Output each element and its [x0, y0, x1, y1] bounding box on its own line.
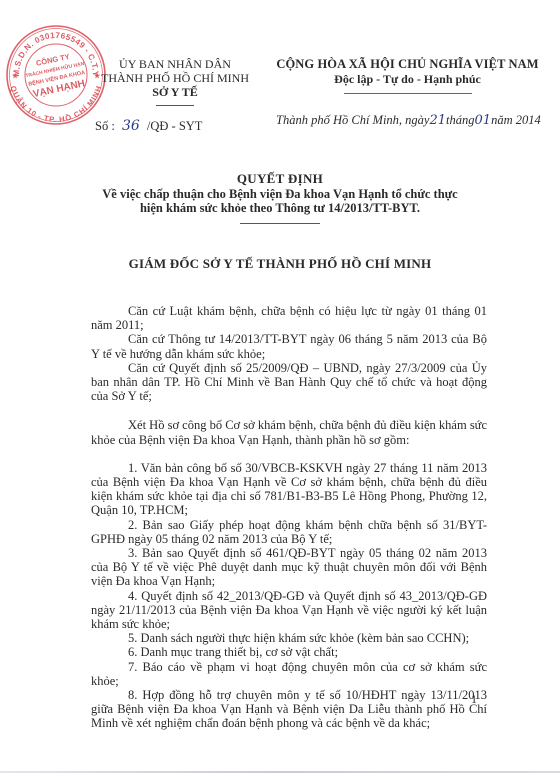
scan-edge	[0, 771, 560, 773]
title-subject-line-2: hiện khám sức khỏe theo Thông tư 14/2013…	[60, 201, 500, 216]
dossier-item: 6. Danh mục trang thiết bị, cơ sở vật ch…	[91, 645, 487, 659]
page-number: 1	[471, 692, 477, 707]
dossier-item: 2. Bản sao Giấy phép hoạt động khám bệnh…	[91, 518, 487, 546]
authority-line-1: ỦY BAN NHÂN DÂN	[70, 57, 280, 71]
issuing-authority: ỦY BAN NHÂN DÂN THÀNH PHỐ HỒ CHÍ MINH SỞ…	[70, 57, 280, 112]
authority-department: SỞ Y TẾ	[70, 85, 280, 99]
issue-date: Thành phố Hồ Chí Minh, ngày21tháng01năm …	[276, 113, 541, 128]
dossier-item: 3. Bản sao Quyết định số 461/QĐ-BYT ngày…	[91, 546, 487, 589]
document-body: Căn cứ Luật khám bệnh, chữa bệnh có hiệu…	[91, 304, 487, 731]
title-main: QUYẾT ĐỊNH	[60, 172, 500, 187]
dossier-item: 5. Danh sách người thực hiện khám sức kh…	[91, 631, 487, 645]
handwritten-month: 01	[475, 113, 492, 128]
divider	[156, 105, 194, 106]
decision-title: QUYẾT ĐỊNH Về việc chấp thuận cho Bệnh v…	[60, 172, 500, 224]
title-subject-line-1: Về việc chấp thuận cho Bệnh viện Đa khoa…	[60, 187, 500, 202]
dossier-item: 1. Văn bản công bố số 30/VBCB-KSKVH ngày…	[91, 461, 487, 518]
handwritten-number: 36	[122, 118, 140, 134]
authority-line-2: THÀNH PHỐ HỒ CHÍ MINH	[70, 71, 280, 85]
dossier-item: 4. Quyết định số 42_2013/QĐ-GĐ và Quyết …	[91, 589, 487, 632]
document-number: Số : 36 /QĐ - SYT	[95, 118, 202, 134]
dossier-item: 7. Báo cáo về phạm vi hoạt động chuyên m…	[91, 660, 487, 688]
motto: Độc lập - Tự do - Hạnh phúc	[255, 72, 560, 87]
divider	[344, 93, 472, 94]
legal-basis-paragraph: Căn cứ Luật khám bệnh, chữa bệnh có hiệu…	[91, 304, 487, 332]
divider	[240, 223, 320, 224]
star-icon: ★	[12, 72, 19, 80]
handwritten-day: 21	[429, 113, 446, 128]
director-heading: GIÁM ĐỐC SỞ Y TẾ THÀNH PHỐ HỒ CHÍ MINH	[60, 256, 500, 272]
review-paragraph: Xét Hồ sơ công bố Cơ sở khám bệnh, chữa …	[91, 418, 487, 446]
national-motto: CỘNG HÒA XÃ HỘI CHỦ NGHĨA VIỆT NAM Độc l…	[255, 57, 560, 94]
legal-basis-paragraph: Căn cứ Quyết định số 25/2009/QĐ – UBND, …	[91, 361, 487, 404]
dossier-item: 8. Hợp đồng hỗ trợ chuyên môn y tế số 10…	[91, 688, 487, 731]
legal-basis-paragraph: Căn cứ Thông tư 14/2013/TT-BYT ngày 06 t…	[91, 332, 487, 360]
country-name: CỘNG HÒA XÃ HỘI CHỦ NGHĨA VIỆT NAM	[255, 57, 560, 72]
